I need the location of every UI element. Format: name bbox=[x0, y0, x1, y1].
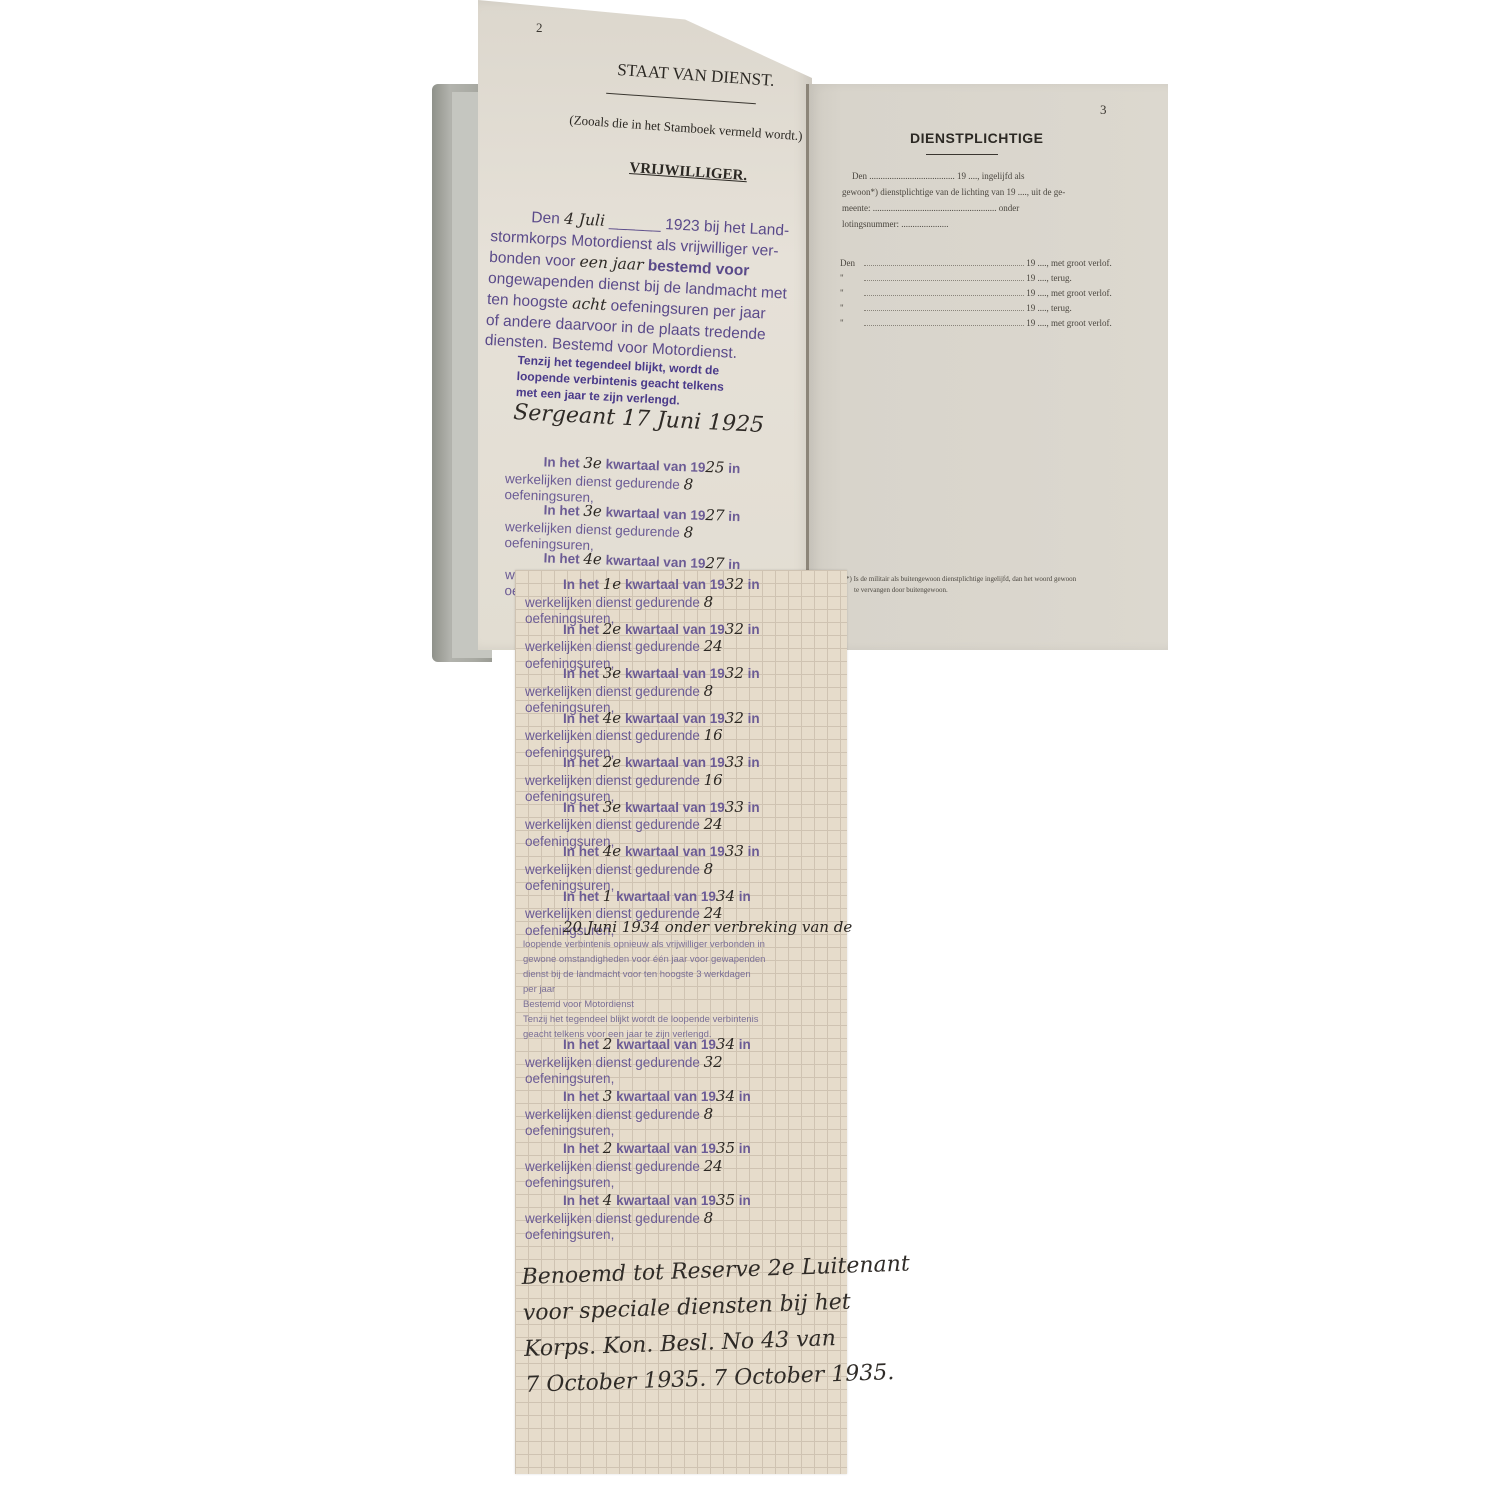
leave-row: " 19 ...., met groot verlof. bbox=[840, 286, 1112, 301]
leave-table: Den 19 ...., met groot verlof." 19 ....,… bbox=[840, 256, 1112, 331]
handwritten-rank-note: Sergeant 17 Juni 1925 bbox=[513, 400, 765, 438]
page-title: DIENSTPLICHTIGE bbox=[910, 130, 1044, 146]
handwritten-appointment-note: Benoemd tot Reserve 2e Luitenant voor sp… bbox=[521, 1248, 856, 1403]
left-page: 2 STAAT VAN DIENST. (Zooals die in het S… bbox=[478, 0, 812, 650]
leave-row: " 19 ...., terug. bbox=[840, 301, 1112, 316]
page-number: 3 bbox=[1100, 102, 1107, 118]
leave-row: " 19 ...., met groot verlof. bbox=[840, 316, 1112, 331]
title-underline bbox=[926, 154, 998, 155]
page-title: STAAT VAN DIENST. bbox=[617, 60, 775, 91]
page-number: 2 bbox=[536, 20, 543, 36]
page-subtitle: (Zooals die in het Stamboek vermeld word… bbox=[569, 112, 803, 144]
service-entry: In het 2 kwartaal van 1934 inwerkelijken… bbox=[525, 1036, 845, 1088]
title-underline bbox=[606, 93, 756, 104]
attached-record-strip: In het 1e kwartaal van 1932 inwerkelijke… bbox=[515, 570, 847, 1474]
right-page: 3 DIENSTPLICHTIGE Den ..................… bbox=[806, 84, 1168, 650]
enlistment-stamp: Den 4 Juli ______ 1923 bij het Land- sto… bbox=[484, 205, 790, 367]
service-entry: In het 3 kwartaal van 1934 inwerkelijken… bbox=[525, 1088, 845, 1140]
conscript-paragraph: Den ....................................… bbox=[842, 168, 1065, 232]
service-entry: In het 2 kwartaal van 1935 inwerkelijken… bbox=[525, 1140, 845, 1192]
footnote: *) Is de militair als buitengewoon diens… bbox=[846, 574, 1076, 596]
leave-row: Den 19 ...., met groot verlof. bbox=[840, 256, 1112, 271]
renewal-stamp: 20 Juni 1934 onder verbreking van de loo… bbox=[523, 920, 843, 1042]
leave-row: " 19 ...., terug. bbox=[840, 271, 1112, 286]
handwritten-date: 4 Juli bbox=[564, 210, 606, 230]
book-gutter bbox=[806, 84, 809, 650]
service-entry: In het 4 kwartaal van 1935 inwerkelijken… bbox=[525, 1192, 845, 1244]
section-heading: VRIJWILLIGER. bbox=[629, 160, 748, 185]
